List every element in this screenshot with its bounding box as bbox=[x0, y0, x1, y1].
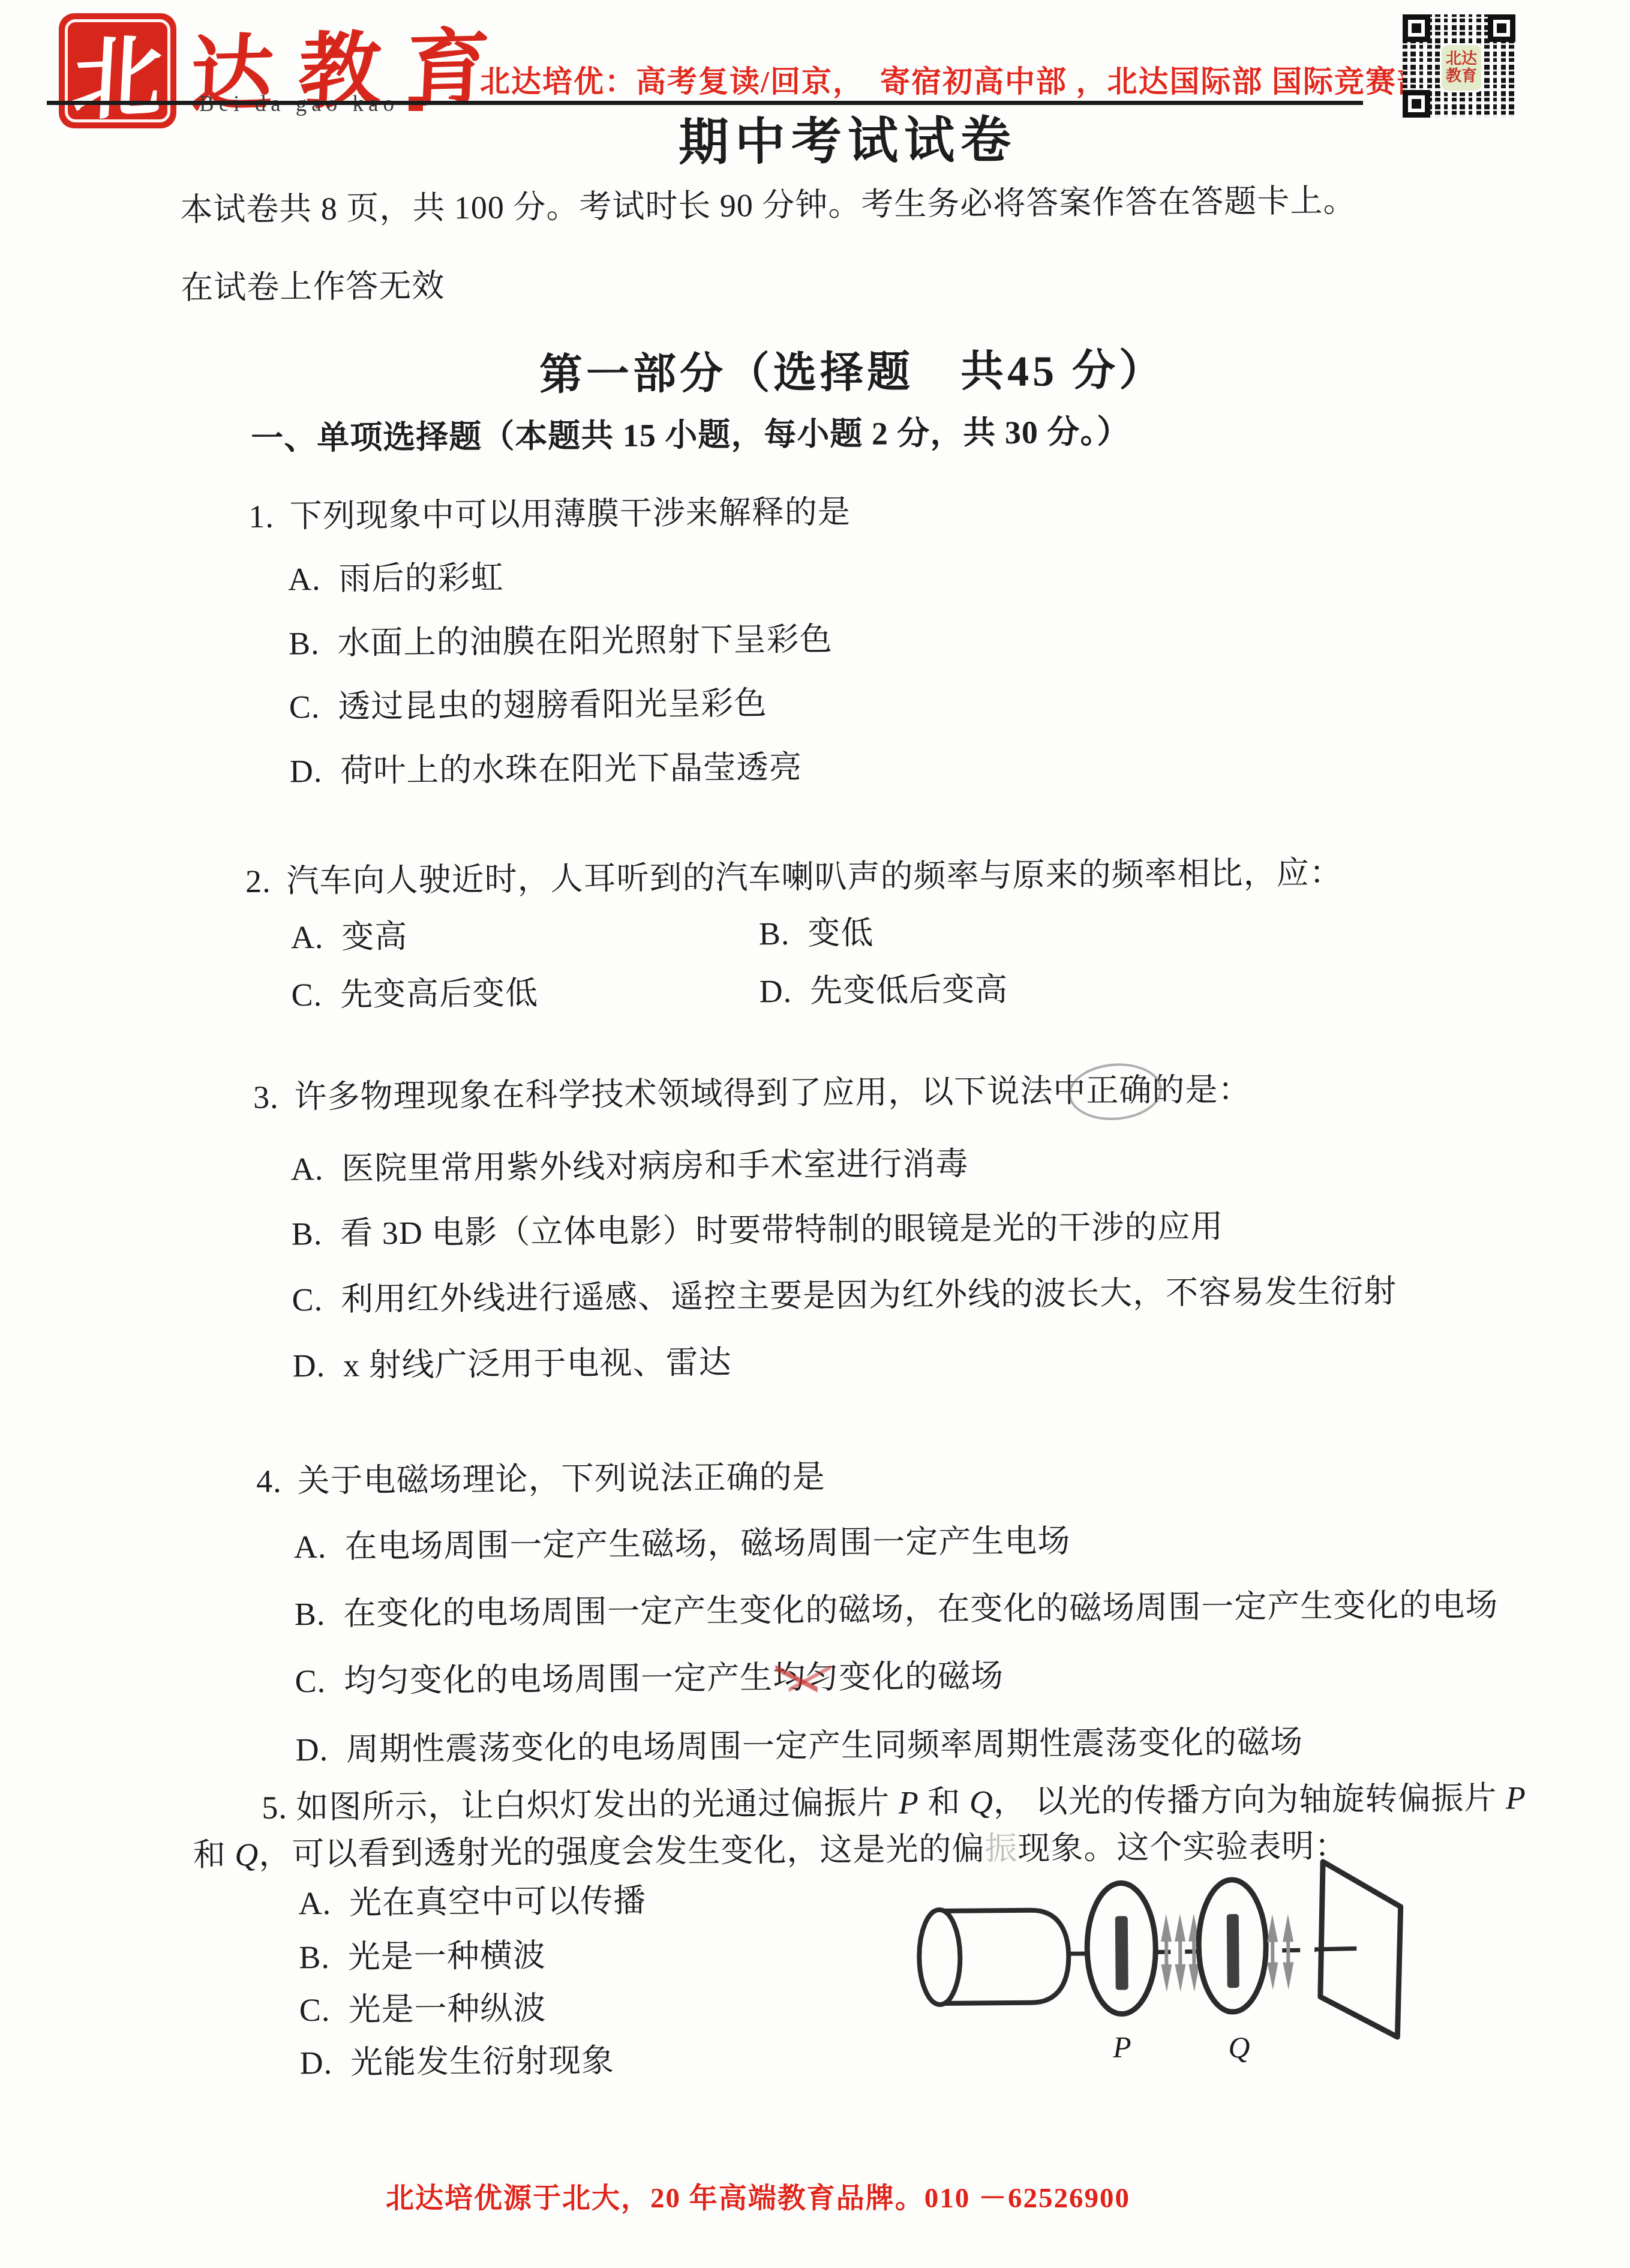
exam-instructions-line1: 本试卷共 8 页，共 100 分。考试时长 90 分钟。考生务必将答案作答在答题… bbox=[180, 182, 1356, 228]
question-1-option-d: D.荷叶上的水珠在阳光下晶莹透亮 bbox=[289, 749, 802, 790]
question-4-option-a: A.在电场周围一定产生磁场，磁场周围一定产生电场 bbox=[294, 1522, 1071, 1565]
question-1-stem: 1.下列现象中可以用薄膜干涉来解释的是 bbox=[248, 493, 851, 535]
question-3-option-c: C.利用红外线进行遥感、遥控主要是因为红外线的波长大，不容易发生衍射 bbox=[292, 1273, 1397, 1319]
question-2-option-c: C.先变高后变低 bbox=[291, 974, 538, 1013]
question-4-number: 4. bbox=[256, 1463, 282, 1499]
question-2-stem: 2.汽车向人驶近时，人耳听到的汽车喇叭声的频率与原来的频率相比，应： bbox=[245, 854, 1343, 900]
question-4-stem: 4.关于电磁场理论，下列说法正确的是 bbox=[256, 1458, 825, 1500]
footer-slogan: 北达培优源于北大，20 年高端教育品牌。010 －62526900 bbox=[0, 2176, 1630, 2216]
page-title: 期中考试试卷 bbox=[0, 95, 1630, 180]
question-3-option-b: B.看 3D 电影（立体电影）时要带特制的眼镜是光的干涉的应用 bbox=[292, 1208, 1224, 1252]
pencil-circle-annotation: 正确 bbox=[1086, 1072, 1152, 1109]
question-5-option-a: A.光在真空中可以传播 bbox=[298, 1882, 646, 1922]
question-1-option-b: B.水面上的油膜在阳光照射下呈彩色 bbox=[289, 620, 833, 662]
question-2-option-d: D.先变低后变高 bbox=[759, 971, 1008, 1010]
question-1-option-c: C.透过昆虫的翅膀看阳光呈彩色 bbox=[289, 685, 767, 725]
part1-heading: 第一部分（选择题 共45 分） bbox=[1, 331, 1630, 406]
question-5-option-d: D.光能发生衍射现象 bbox=[299, 2042, 614, 2081]
question-4-option-c: C.均匀变化的电场周围一定产生均匀变化的磁场 bbox=[295, 1657, 1004, 1700]
part1-subheading: 一、单项选择题（本题共 15 小题，每小题 2 分，共 30 分。） bbox=[251, 413, 1130, 457]
polarizer-p-slit bbox=[1115, 1916, 1128, 1990]
figure-label-p: P bbox=[1112, 2030, 1131, 2063]
polarizer-q-slit bbox=[1227, 1914, 1239, 1988]
light-source-front-face bbox=[919, 1910, 960, 2005]
exam-paper-page: 北 达教育 Bei da gao kao 北达培优：高考复读/回京， 寄宿初高中… bbox=[0, 0, 1630, 2268]
page-body: 期中考试试卷 本试卷共 8 页，共 100 分。考试时长 90 分钟。考生务必将… bbox=[0, 0, 1630, 2268]
question-3-number: 3. bbox=[253, 1079, 279, 1115]
question-1-number: 1. bbox=[248, 499, 274, 535]
question-3-option-d: D.x 射线广泛用于电视、雷达 bbox=[292, 1344, 731, 1385]
question-4-option-b: B.在变化的电场周围一定产生变化的磁场，在变化的磁场周围一定产生变化的电场 bbox=[295, 1586, 1499, 1633]
question-5-stem-line1: 5. 如图所示，让白炽灯发出的光通过偏振片 P 和 Q， 以光的传播方向为轴旋转… bbox=[262, 1779, 1526, 1826]
question-5-option-c: C.光是一种纵波 bbox=[299, 1990, 547, 2029]
question-1-option-a: A.雨后的彩虹 bbox=[288, 559, 504, 598]
question-3-option-a: A.医院里常用紫外线对病房和手术室进行消毒 bbox=[291, 1145, 969, 1188]
question-3-stem: 3.许多物理现象在科学技术领域得到了应用，以下说法中正确的是： bbox=[253, 1071, 1251, 1116]
figure-label-q: Q bbox=[1228, 2030, 1250, 2064]
question-2-number: 2. bbox=[245, 863, 271, 899]
polarization-arrows-2 bbox=[1267, 1914, 1294, 1990]
question-5-option-b: B.光是一种横波 bbox=[299, 1937, 546, 1976]
question-2-option-a: A.变高 bbox=[291, 918, 408, 956]
red-pen-mark-annotation: 均匀 bbox=[773, 1658, 839, 1696]
polarization-arrows-1 bbox=[1161, 1914, 1200, 1992]
polarization-experiment-figure: P Q bbox=[895, 1838, 1461, 2095]
axis-into-screen bbox=[1314, 1948, 1356, 1949]
question-4-option-d: D.周期性震荡变化的电场周围一定产生同频率周期性震荡变化的磁场 bbox=[295, 1723, 1303, 1768]
exam-instructions-line2: 在试卷上作答无效 bbox=[181, 267, 445, 307]
question-2-option-b: B.变低 bbox=[759, 914, 874, 953]
